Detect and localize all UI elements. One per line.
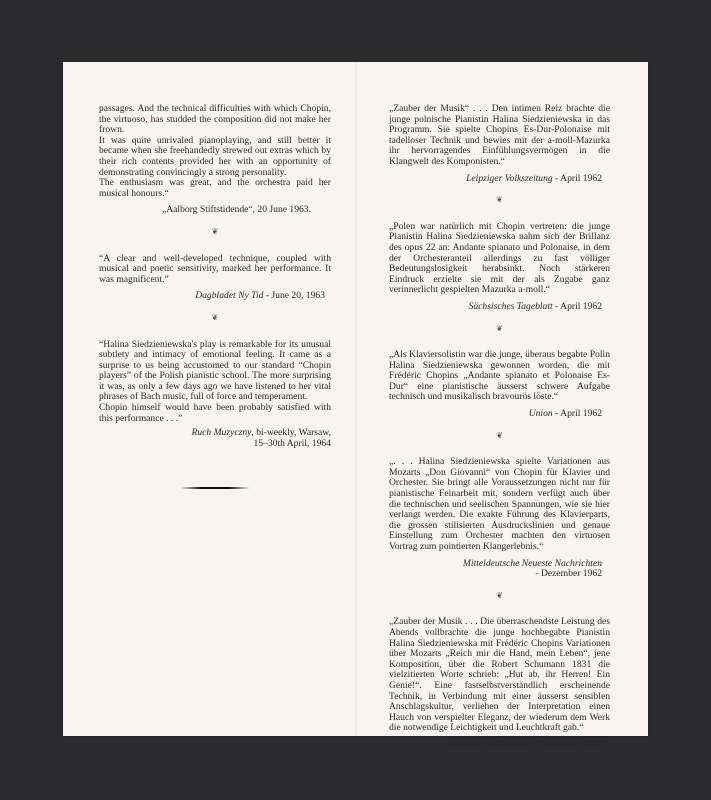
source-date: - Dezember 1962 [533,739,602,750]
review-text: “A clear and well-developed technique, c… [99,254,331,286]
fleuron-ornament-icon: ❦ [389,431,610,442]
review-mitteldeutsche: „. . . Halina Siedzieniewska spielte Var… [389,457,610,580]
review-source: Leipziger Volkszeitung - Dezember 1962 [389,740,610,751]
review-text: „Zauber der Musik“ . . . Den intimen Rei… [389,104,610,168]
source-publication: Union [529,408,553,419]
review-source: Dagbladet Ny Tid - June 20, 1963 [99,291,331,302]
fleuron-ornament-icon: ❦ [389,591,610,602]
review-text: passages. And the technical difficulties… [99,104,331,136]
review-text: The enthusiasm was great, and the orches… [99,178,331,199]
review-source: Mitteldeutsche Neueste Nachrichten - Dez… [389,559,610,580]
review-text: „Zauber der Musik . . . Die überraschend… [389,617,610,734]
review-source: Sächsisches Tageblatt - April 1962 [389,302,610,313]
review-source: Union - April 1962 [389,409,610,420]
source-date: - April 1962 [553,301,602,312]
brochure-sheet: passages. And the technical difficulties… [63,62,648,736]
review-aalborg: passages. And the technical difficulties… [99,104,331,216]
source-publication: Leipziger Volkszeitung [466,173,553,184]
source-publication: „Aalborg Stiftstidende“, 20 June 1963. [162,204,311,215]
source-publication: Sächsisches Tageblatt [469,301,553,312]
source-publication: Mitteldeutsche Neueste Nachrichten [463,558,602,569]
source-date-line2: 15–30th April, 1964 [253,438,331,449]
fleuron-ornament-icon: ❦ [99,227,331,238]
review-saechsisches: „Polen war natürlich mit Chopin vertrete… [389,222,610,313]
review-source: „Aalborg Stiftstidende“, 20 June 1963. [99,205,331,216]
review-dagbladet: “A clear and well-developed technique, c… [99,254,331,302]
review-source: Ruch Muzyczny, bi-weekly, Warsaw, 15–30t… [99,428,331,449]
review-ruch-muzyczny: “Halina Siedzieniewska's play is remarka… [99,340,331,450]
source-publication: Leipziger Volkszeitung [446,739,533,750]
source-date: - Dezember 1962 [535,568,602,579]
review-source: Leipziger Volkszeitung - April 1962 [389,174,610,185]
review-leipziger-april: „Zauber der Musik“ . . . Den intimen Rei… [389,104,610,184]
page-fold [355,62,357,736]
fleuron-ornament-icon: ❦ [389,195,610,206]
source-publication: Dagbladet Ny Tid [195,290,263,301]
left-page-column: passages. And the technical difficulties… [99,104,331,489]
source-date: - April 1962 [553,173,602,184]
source-date: - April 1962 [553,408,602,419]
review-union: „Als Klaviersolistin war die junge, über… [389,350,610,420]
review-text: „Polen war natürlich mit Chopin vertrete… [389,222,610,296]
source-date: - June 20, 1963 [263,290,325,301]
end-rule-divider [180,487,250,489]
review-text: It was quite unrivaled pianoplaying, and… [99,136,331,178]
right-page-column: „Zauber der Musik“ . . . Den intimen Rei… [389,104,610,751]
review-text: Chopin himself would have been probably … [99,403,331,424]
source-date: , bi-weekly, Warsaw, [251,427,331,438]
fleuron-ornament-icon: ❦ [99,313,331,324]
source-publication: Ruch Muzyczny [191,427,251,438]
review-leipziger-dezember: „Zauber der Musik . . . Die überraschend… [389,617,610,750]
review-text: „Als Klaviersolistin war die junge, über… [389,350,610,403]
fleuron-ornament-icon: ❦ [389,324,610,335]
review-text: „. . . Halina Siedzieniewska spielte Var… [389,457,610,552]
review-text: “Halina Siedzieniewska's play is remarka… [99,340,331,404]
